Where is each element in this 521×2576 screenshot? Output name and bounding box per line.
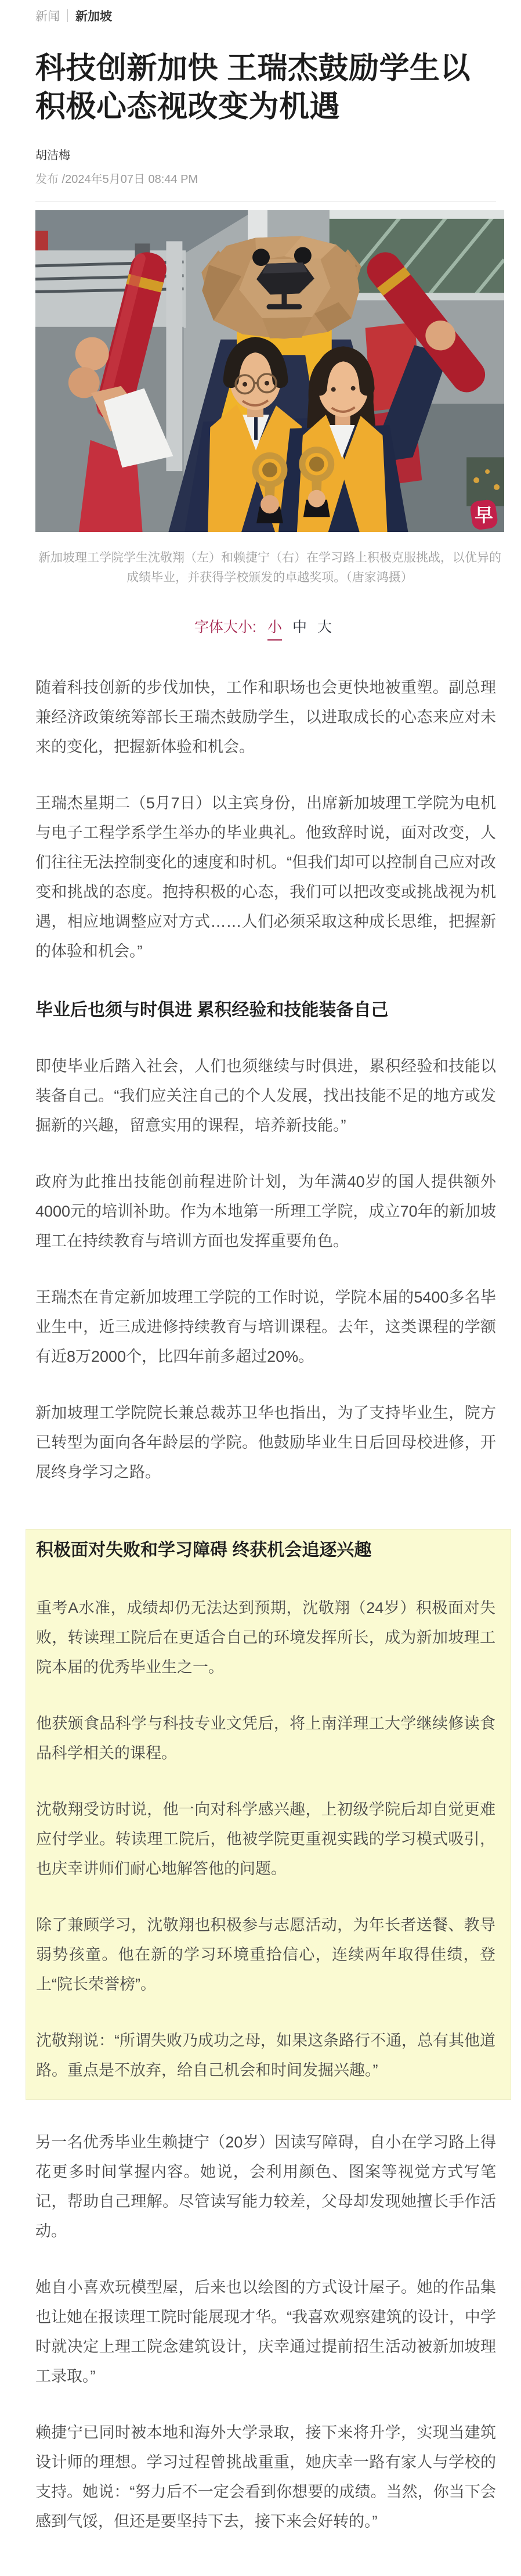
section-heading: 毕业后也须与时俱进 累积经验和技能装备自己: [35, 999, 496, 1023]
font-size-widget: 字体大小:小中大: [35, 616, 496, 641]
highlight-box: 积极面对失败和学习障碍 终获机会追逐兴趣 重考A水准，成绩却仍无法达到预期，沈敬…: [26, 1529, 511, 2100]
highlight-paragraph: 重考A水准，成绩却仍无法达到预期，沈敬翔（24岁）积极面对失败，转读理工院后在更…: [36, 1593, 495, 1682]
article-photo: 早 新加坡理工学院学生沈敬翔（左）和赖捷宁（右）在学习路上积极克服挑战，以优异的…: [35, 210, 504, 588]
article-title: 科技创新加快 王瑞杰鼓励学生以积极心态视改变为机遇: [35, 50, 496, 126]
paragraph: 赖捷宁已同时被本地和海外大学录取，接下来将升学，实现当建筑设计师的理想。学习过程…: [35, 2418, 496, 2537]
photo-caption: 新加坡理工学院学生沈敬翔（左）和赖捷宁（右）在学习路上积极克服挑战，以优异的成绩…: [35, 548, 504, 588]
font-size-option-small[interactable]: 小: [267, 616, 282, 641]
highlight-paragraph: 沈敬翔受访时说，他一向对科学感兴趣，上初级学院后却自觉更难应付学业。转读理工院后…: [36, 1795, 495, 1884]
paragraph: 王瑞杰在肯定新加坡理工学院的工作时说，学院本届的5400多名毕业生中，近三成进修…: [35, 1283, 496, 1372]
font-size-option-large[interactable]: 大: [317, 616, 332, 636]
breadcrumb-separator: [67, 9, 68, 22]
font-size-label: 字体大小:: [194, 619, 256, 635]
article-published-date: 发布 /2024年5月07日 08:44 PM: [35, 170, 496, 186]
highlight-paragraph: 沈敬翔说：“所谓失败乃成功之母，如果这条路行不通，总有其他道路。重点是不放弃，给…: [36, 2026, 495, 2085]
paragraph: 另一名优秀毕业生赖捷宁（20岁）因读写障碍，自小在学习路上得花更多时间掌握内容。…: [35, 2128, 496, 2246]
paragraph: 政府为此推出技能创前程进阶计划，为年满40岁的国人提供额外4000元的培训补助。…: [35, 1167, 496, 1256]
paragraph: 她自小喜欢玩模型屋，后来也以绘图的方式设计屋子。她的作品集也让她在报读理工院时能…: [35, 2273, 496, 2391]
paragraph: 随着科技创新的步伐加快，工作和职场也会更快地被重塑。副总理兼经济政策统筹部长王瑞…: [35, 673, 496, 762]
divider: [35, 202, 496, 202]
font-size-option-medium[interactable]: 中: [292, 616, 307, 636]
svg-text:早: 早: [475, 505, 493, 526]
article-page: 新闻 新加坡 科技创新加快 王瑞杰鼓励学生以积极心态视改变为机遇 胡洁梅 发布 …: [0, 0, 521, 2571]
paragraph: 即使毕业后踏入社会，人们也须继续与时俱进，累积经验和技能以装备自己。“我们应关注…: [35, 1052, 496, 1141]
highlight-paragraph: 他获颁食品科学与科技专业文凭后，将上南洋理工大学继续修读食品科学相关的课程。: [36, 1709, 495, 1768]
breadcrumb-news-link[interactable]: 新闻: [35, 7, 60, 24]
article-body: 随着科技创新的步伐加快，工作和职场也会更快地被重塑。副总理兼经济政策统筹部长王瑞…: [35, 673, 496, 2537]
paragraph: 新加坡理工学院院长兼总裁苏卫华也指出，为了支持毕业生，院方已转型为面向各年龄层的…: [35, 1398, 496, 1487]
paragraph: 王瑞杰星期二（5月7日）以主宾身份，出席新加坡理工学院为电机与电子工程学系学生举…: [35, 789, 496, 966]
breadcrumb-singapore-link[interactable]: 新加坡: [75, 7, 112, 24]
graduation-photo-illustration: 早: [35, 210, 504, 532]
highlight-heading: 积极面对失败和学习障碍 终获机会追逐兴趣: [36, 1539, 495, 1563]
highlight-paragraph: 除了兼顾学习，沈敬翔也积极参与志愿活动，为年长者送餐、教导弱势孩童。他在新的学习…: [36, 1911, 495, 1999]
breadcrumb: 新闻 新加坡: [35, 7, 496, 24]
article-author: 胡洁梅: [35, 146, 496, 163]
